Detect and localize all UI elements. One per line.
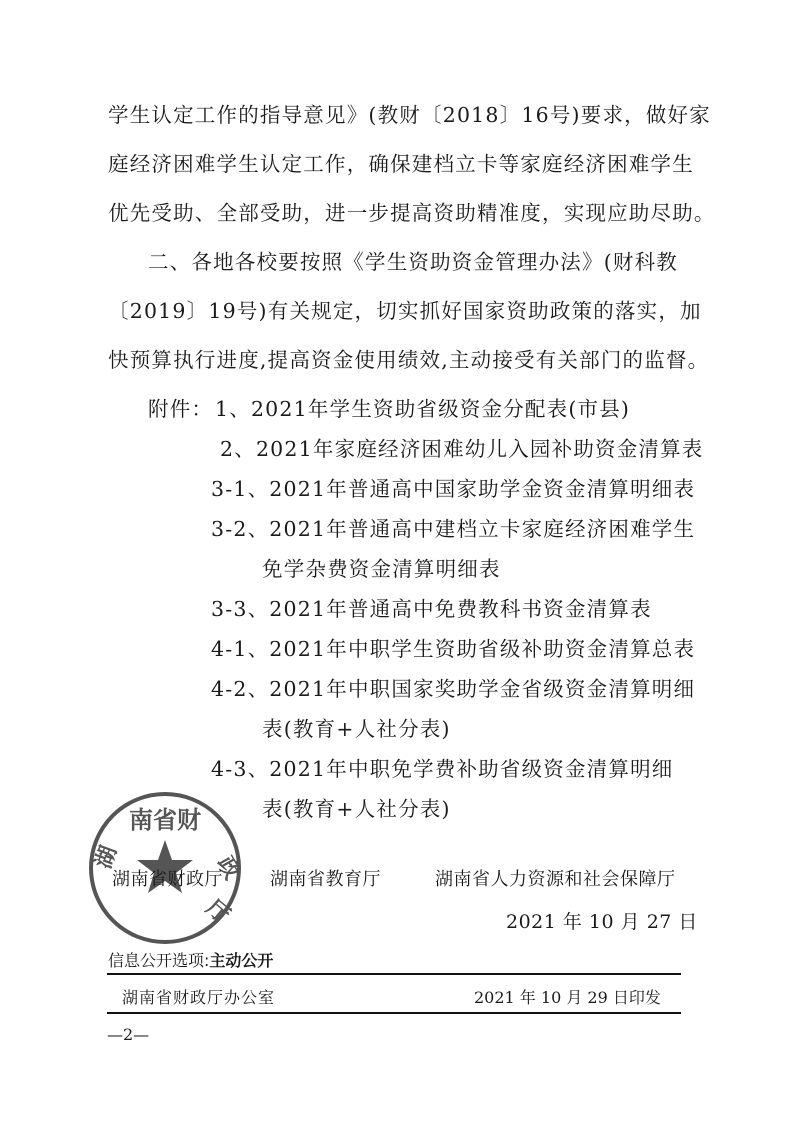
text-line: 二、各地各校要按照《学生资助资金管理办法》(财科教: [148, 250, 678, 274]
attachments-label: 附件：: [148, 397, 213, 421]
attachment-item: 2、2021年家庭经济困难幼儿入园补助资金清算表: [220, 437, 704, 461]
attachment-item: 3-3、2021年普通高中免费教科书资金清算表: [211, 597, 652, 621]
text-line: 优先受助、全部受助，进一步提高资助精准度，实现应助尽助。: [108, 201, 716, 225]
attachment-item: 3-1、2021年普通高中国家助学金资金清算明细表: [211, 477, 695, 501]
footer-issuer: 湖南省财政厅办公室: [122, 985, 275, 1008]
attachment-item-cont: 表(教育+人社分表): [262, 717, 451, 741]
svg-text:厅: 厅: [201, 895, 234, 928]
divider-bottom: [107, 1012, 681, 1014]
signature-org-finance: 湖南省财政厅: [112, 868, 223, 892]
attachment-item-cont: 表(教育+人社分表): [262, 797, 451, 821]
footer-issue-date: 2021 年 10 月 29 日印发: [474, 985, 661, 1008]
attachment-item: 4-3、2021年中职免学费补助省级资金清算明细: [211, 757, 673, 781]
info-value: 主动公开: [209, 951, 273, 970]
text-line: 快预算执行进度,提高资金使用绩效,主动接受有关部门的监督。: [108, 348, 709, 372]
svg-text:南省财: 南省财: [129, 806, 201, 834]
signature-org-education: 湖南省教育厅: [270, 868, 381, 892]
text-line: 庭经济困难学生认定工作，确保建档立卡等家庭经济困难学生: [108, 152, 694, 176]
attachment-item: 4-2、2021年中职国家奖助学金省级资金清算明细: [211, 677, 695, 701]
divider-top: [107, 973, 681, 975]
signature-date: 2021 年 10 月 27 日: [506, 910, 698, 934]
attachment-item: 3-2、2021年普通高中建档立卡家庭经济困难学生: [211, 517, 695, 541]
text-line: 〔2019〕19号)有关规定，切实抓好国家资助政策的落实，加: [108, 299, 702, 323]
info-label: 信息公开选项:: [108, 951, 209, 970]
page-number: —2—: [107, 1025, 149, 1044]
info-disclosure: 信息公开选项:主动公开: [108, 948, 273, 971]
attachment-item: 1、2021年学生资助省级资金分配表(市县): [215, 397, 630, 421]
attachment-item-cont: 免学杂费资金清算明细表: [262, 557, 501, 581]
signature-org-hrss: 湖南省人力资源和社会保障厅: [435, 868, 676, 892]
attachment-item: 4-1、2021年中职学生资助省级补助资金清算总表: [211, 637, 695, 661]
text-line: 学生认定工作的指导意见》(教财〔2018〕16号)要求，做好家: [108, 103, 711, 127]
